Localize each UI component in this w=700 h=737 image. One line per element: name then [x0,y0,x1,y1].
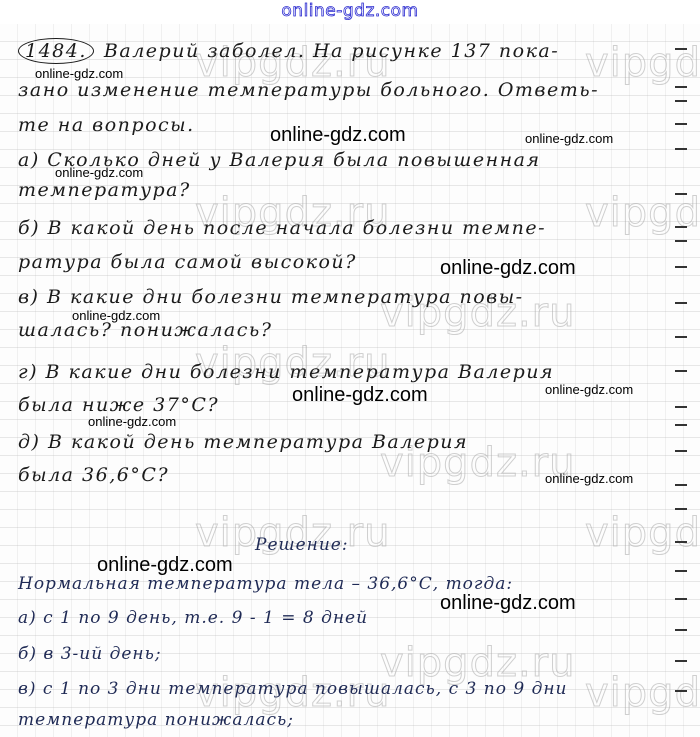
site-watermark: online-gdz.com [88,415,176,428]
margin-dash [675,508,687,510]
margin-dash [675,123,687,125]
site-watermark: online-gdz.com [72,309,160,322]
margin-dash [675,266,687,268]
margin-dash [675,240,687,242]
margin-dash [675,541,687,543]
margin-dash [675,424,687,426]
question-d-line: была 36,6°С? [18,463,169,487]
margin-dash [675,86,687,88]
site-watermark: online-gdz.com [440,258,576,278]
problem-statement-line: зано изменение температуры больного. Отв… [18,78,599,102]
answer-line: б) в 3-ий день; [18,642,162,666]
problem-statement-line: те на вопросы. [18,113,195,137]
margin-dash [675,598,687,600]
site-watermark: online-gdz.com [97,555,233,575]
margin-dash [675,450,687,452]
margin-dash [675,226,687,228]
answer-line: температура понижалась; [18,708,294,732]
site-watermark: online-gdz.com [35,67,123,80]
solution-heading: Решение: [255,533,349,557]
site-watermark: online-gdz.com [545,383,633,396]
margin-dash [675,193,687,195]
top-watermark: online-gdz.com [0,0,700,22]
site-watermark: online-gdz.com [525,132,613,145]
question-b-line: ратура была самой высокой? [18,250,357,274]
question-b-line: б) В какой день после начала болезни тем… [18,216,546,240]
margin-dash [675,370,687,372]
margin-dash [675,629,687,631]
margin-dash [675,336,687,338]
site-watermark: online-gdz.com [440,593,576,613]
solution-intro: Нормальная температура тела – 36,6°С, то… [18,572,513,596]
answer-line: а) с 1 по 9 день, т.е. 9 - 1 = 8 дней [18,606,368,630]
margin-dash [675,302,687,304]
question-d-line: д) В какой день температура Валерия [18,430,468,454]
problem-statement-line: 1484.Валерий заболел. На рисунке 137 пок… [18,38,559,64]
problem-number: 1484. [18,38,94,64]
question-a-line: температура? [18,178,191,202]
margin-dash [675,484,687,486]
site-watermark: online-gdz.com [55,166,143,179]
site-watermark: online-gdz.com [270,125,406,145]
answer-line: в) с 1 по 3 дни температура повышалась, … [18,677,568,701]
margin-dash [675,570,687,572]
question-v-line: в) В какие дни болезни температура повы- [18,285,524,309]
site-watermark: online-gdz.com [292,385,428,405]
margin-dash [675,690,687,692]
margin-dash [675,148,687,150]
question-g-line: г) В какие дни болезни температура Валер… [18,360,554,384]
margin-dash [675,660,687,662]
site-watermark: online-gdz.com [545,472,633,485]
margin-dash [675,406,687,408]
margin-dash [675,100,687,102]
margin-dash [675,48,687,50]
